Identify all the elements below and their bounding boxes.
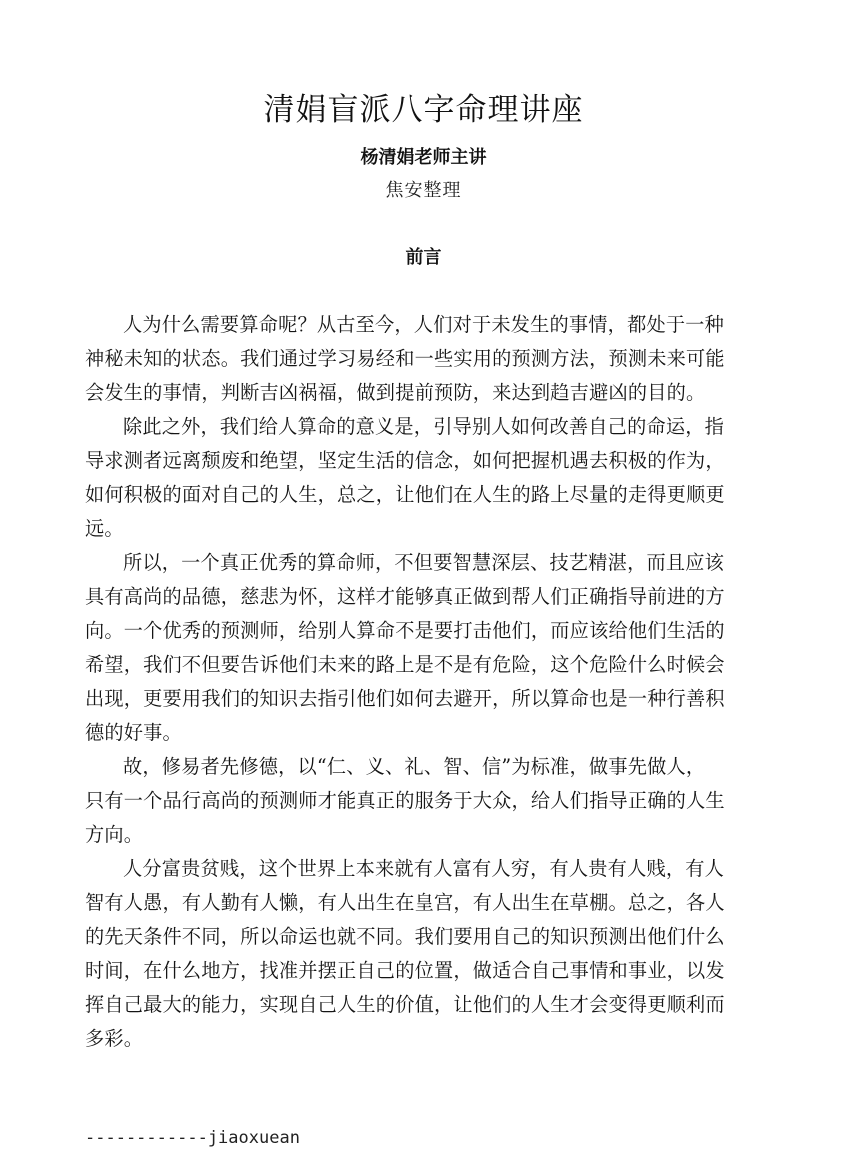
paragraph-line: 所以，一个真正优秀的算命师，不但要智慧深层、技艺精湛，而且应该 <box>85 546 775 580</box>
paragraph-line: 的先天条件不同，所以命运也就不同。我们要用自己的知识预测出他们什么 <box>85 920 775 954</box>
paragraph-line: 神秘未知的状态。我们通过学习易经和一些实用的预测方法，预测未来可能 <box>85 342 775 376</box>
footer-signature: ------------jiaoxuean <box>85 1126 300 1150</box>
paragraph-line: 导求测者远离颓废和绝望，坚定生活的信念，如何把握机遇去积极的作为， <box>85 444 775 478</box>
paragraph-2: 除此之外，我们给人算命的意义是，引导别人如何改善自己的命运，指 导求测者远离颓废… <box>85 410 775 546</box>
paragraph-line: 人分富贵贫贱，这个世界上本来就有人富有人穷，有人贵有人贱，有人 <box>85 852 775 886</box>
paragraph-line: 方向。 <box>85 818 775 852</box>
paragraph-4: 故，修易者先修德，以“仁、义、礼、智、信”为标准，做事先做人， 只有一个品行高尚… <box>85 750 775 852</box>
paragraph-line: 挥自己最大的能力，实现自己人生的价值，让他们的人生才会变得更顺利而 <box>85 988 775 1022</box>
editor-line: 焦安整理 <box>0 178 847 204</box>
paragraph-line: 时间，在什么地方，找准并摆正自己的位置，做适合自己事情和事业，以发 <box>85 954 775 988</box>
paragraph-3: 所以，一个真正优秀的算命师，不但要智慧深层、技艺精湛，而且应该 具有高尚的品德，… <box>85 546 775 750</box>
paragraph-5: 人分富贵贫贱，这个世界上本来就有人富有人穷，有人贵有人贱，有人 智有人愚，有人勤… <box>85 852 775 1056</box>
paragraph-line: 人为什么需要算命呢？从古至今，人们对于未发生的事情，都处于一种 <box>85 308 775 342</box>
paragraph-line: 具有高尚的品德，慈悲为怀，这样才能够真正做到帮人们正确指导前进的方 <box>85 580 775 614</box>
paragraph-line: 德的好事。 <box>85 716 775 750</box>
paragraph-line: 如何积极的面对自己的人生，总之，让他们在人生的路上尽量的走得更顺更 <box>85 478 775 512</box>
paragraph-line: 智有人愚，有人勤有人懒，有人出生在皇宫，有人出生在草棚。总之，各人 <box>85 886 775 920</box>
preface-body: 人为什么需要算命呢？从古至今，人们对于未发生的事情，都处于一种 神秘未知的状态。… <box>85 308 775 1056</box>
paragraph-1: 人为什么需要算命呢？从古至今，人们对于未发生的事情，都处于一种 神秘未知的状态。… <box>85 308 775 410</box>
lecturer-line: 杨清娟老师主讲 <box>0 146 847 170</box>
paragraph-line: 向。一个优秀的预测师，给别人算命不是要打击他们，而应该给他们生活的 <box>85 614 775 648</box>
paragraph-line: 除此之外，我们给人算命的意义是，引导别人如何改善自己的命运，指 <box>85 410 775 444</box>
paragraph-line: 希望，我们不但要告诉他们未来的路上是不是有危险，这个危险什么时候会 <box>85 648 775 682</box>
paragraph-line: 多彩。 <box>85 1022 775 1056</box>
section-heading-preface: 前言 <box>0 245 847 271</box>
paragraph-line: 出现，更要用我们的知识去指引他们如何去避开，所以算命也是一种行善积 <box>85 682 775 716</box>
document-page: 清娟盲派八字命理讲座 杨清娟老师主讲 焦安整理 前言 人为什么需要算命呢？从古至… <box>0 0 847 1173</box>
paragraph-line: 故，修易者先修德，以“仁、义、礼、智、信”为标准，做事先做人， <box>85 750 775 784</box>
document-title: 清娟盲派八字命理讲座 <box>0 88 847 132</box>
paragraph-line: 会发生的事情，判断吉凶祸福，做到提前预防，来达到趋吉避凶的目的。 <box>85 376 775 410</box>
paragraph-line: 只有一个品行高尚的预测师才能真正的服务于大众，给人们指导正确的人生 <box>85 784 775 818</box>
paragraph-line: 远。 <box>85 512 775 546</box>
